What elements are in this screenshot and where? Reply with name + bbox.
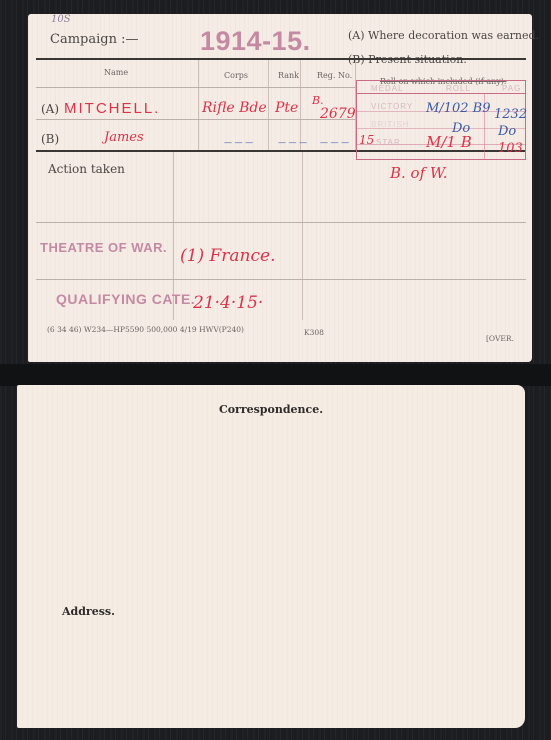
column-header-name: Name [104,68,128,77]
forename: James [104,130,144,145]
reference-note: 10S [51,14,71,25]
col-divider-name-corps [198,60,199,150]
col-divider-mid [302,150,303,320]
header-row-line [36,87,356,88]
star-prefix: 15 [359,133,374,147]
theatre-bottom-line [36,279,526,280]
row-a-line [36,119,356,120]
theatre-label: THEATRE OF WAR. [40,240,167,255]
medal-index-card-back: Correspondence. Address. [17,385,525,728]
medal-british: BRITISH [371,120,410,129]
reg-ditto: — — — [320,138,349,147]
theatre-value: (1) France. [180,246,275,266]
over-label: [OVER. [486,334,514,343]
action-taken-value: B. of W. [390,164,447,182]
roll-subheader-medal: MEDAL [371,84,404,93]
roll-subheader-page: PAG [502,84,521,93]
star-page: 103 [498,141,523,156]
col-divider-rank-reg [300,60,301,150]
legend-a: (A) Where decoration was earned. [348,29,539,42]
column-header-reg-no: Reg. No. [317,71,352,80]
star-roll: M/1 B [426,133,472,151]
medal-victory: VICTORY [371,102,413,111]
form-code: K308 [304,328,324,337]
medal-star: STAR [376,138,401,147]
correspondence-heading: Correspondence. [17,403,525,416]
row-a-prefix: (A) [41,102,59,116]
rank-value: Pte [275,100,298,116]
campaign-label: Campaign :— [50,32,138,47]
column-header-corps: Corps [224,71,248,80]
victory-page: 1232 [494,107,527,122]
row-b-prefix: (B) [41,132,59,146]
qualifying-value: 21·4·15· [193,293,263,313]
rank-ditto: — — — [278,138,307,147]
col-divider-corps-rank [268,60,269,150]
victory-roll: M/102 B9 [426,101,490,116]
qualifying-label: QUALIFYING CATE. [56,291,195,307]
surname: MITCHELL. [64,100,160,117]
roll-subheader-line [356,93,526,94]
column-header-rank: Rank [278,71,299,80]
campaign-value: 1914-15. [200,26,311,57]
action-taken-label: Action taken [48,162,125,176]
corps-ditto: — — — [224,138,253,147]
header-rule [36,58,526,60]
print-codes: (6 34 46) W234—HP5590 500,000 4/19 HWV(P… [47,325,244,334]
action-bottom-line [36,222,526,223]
british-page: Do [498,124,516,139]
card-separator-band [0,364,551,386]
address-label: Address. [62,605,115,618]
medal-index-card-front: 10S Campaign :— 1914-15. (A) Where decor… [28,14,532,362]
reg-no-value: 2679 [320,106,356,122]
roll-subheader-roll: ROLL [446,84,471,93]
corps-value: Rifle Bde [202,100,267,116]
